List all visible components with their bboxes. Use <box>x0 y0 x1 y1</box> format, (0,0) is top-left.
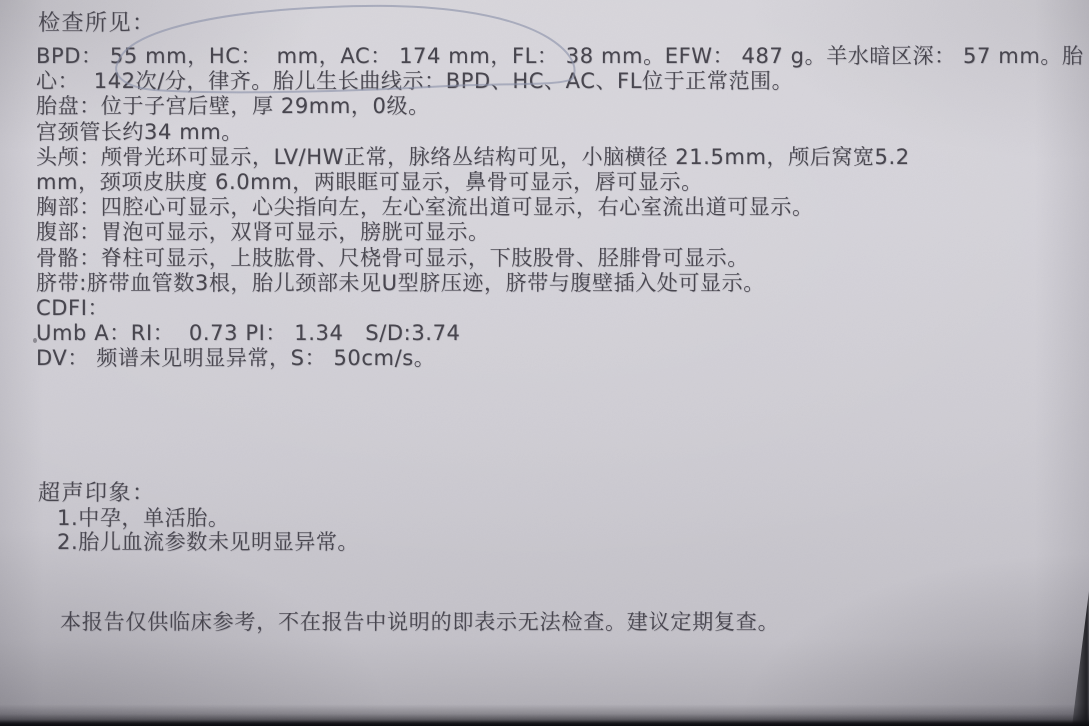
report-text-line: 头颅：颅骨光环可显示，LV/HW正常，脉络丛结构可见，小脑横径 21.5mm，颅… <box>36 145 1084 170</box>
report-text-line: 胎盘：位于子宫后壁，厚 29mm，0级。 <box>36 94 1084 119</box>
report-text-line: 宫颈管长约34 mm。 <box>36 120 1084 145</box>
impression-items-block: 1.中孕，单活胎。2.胎儿血流参数未见明显异常。 <box>57 506 359 555</box>
report-text-line: 骨骼：脊柱可显示，上肢肱骨、尺桡骨可显示，下肢股骨、胫腓骨可显示。 <box>36 246 1084 271</box>
paper-speck <box>33 338 37 343</box>
report-text-line: 腹部：胃泡可显示，双肾可显示，膀胱可显示。 <box>36 220 1084 245</box>
report-text-line: CDFI： <box>36 296 1084 321</box>
report-text-line: 心： 142次/分，律齐。胎儿生长曲线示：BPD、HC、AC、FL位于正常范围。 <box>36 69 1084 94</box>
footer-disclaimer-note: 本报告仅供临床参考，不在报告中说明的即表示无法检查。建议定期复查。 <box>60 606 779 636</box>
report-text-line: BPD： 55 mm，HC： mm，AC： 174 mm，FL： 38 mm。E… <box>36 44 1084 69</box>
findings-text-block: BPD： 55 mm，HC： mm，AC： 174 mm，FL： 38 mm。E… <box>36 44 1084 372</box>
report-text-line: DV： 频谱未见明显异常，S： 50cm/s。 <box>36 346 1084 371</box>
photo-background-edge-wedge <box>1072 591 1089 726</box>
photographed-ultrasound-report: 检查所见： BPD： 55 mm，HC： mm，AC： 174 mm，FL： 3… <box>0 0 1089 726</box>
report-text-line: 脐带:脐带血管数3根，胎儿颈部未见U型脐压迹，脐带与腹壁插入处可显示。 <box>36 271 1084 296</box>
report-text-line: 2.胎儿血流参数未见明显异常。 <box>57 530 359 554</box>
findings-section-title: 检查所见： <box>38 6 156 37</box>
report-text-line: 1.中孕，单活胎。 <box>57 506 359 530</box>
report-text-line: 胸部：四腔心可显示，心尖指向左，左心室流出道可显示，右心室流出道可显示。 <box>36 195 1084 220</box>
report-text-line: Umb A：RI： 0.73 PI： 1.34 S/D:3.74 <box>36 321 1084 346</box>
photo-bottom-edge <box>0 714 1089 726</box>
impression-section-title: 超声印象： <box>38 476 156 507</box>
report-text-line: mm，颈项皮肤度 6.0mm，两眼眶可显示，鼻骨可显示，唇可显示。 <box>36 170 1084 195</box>
